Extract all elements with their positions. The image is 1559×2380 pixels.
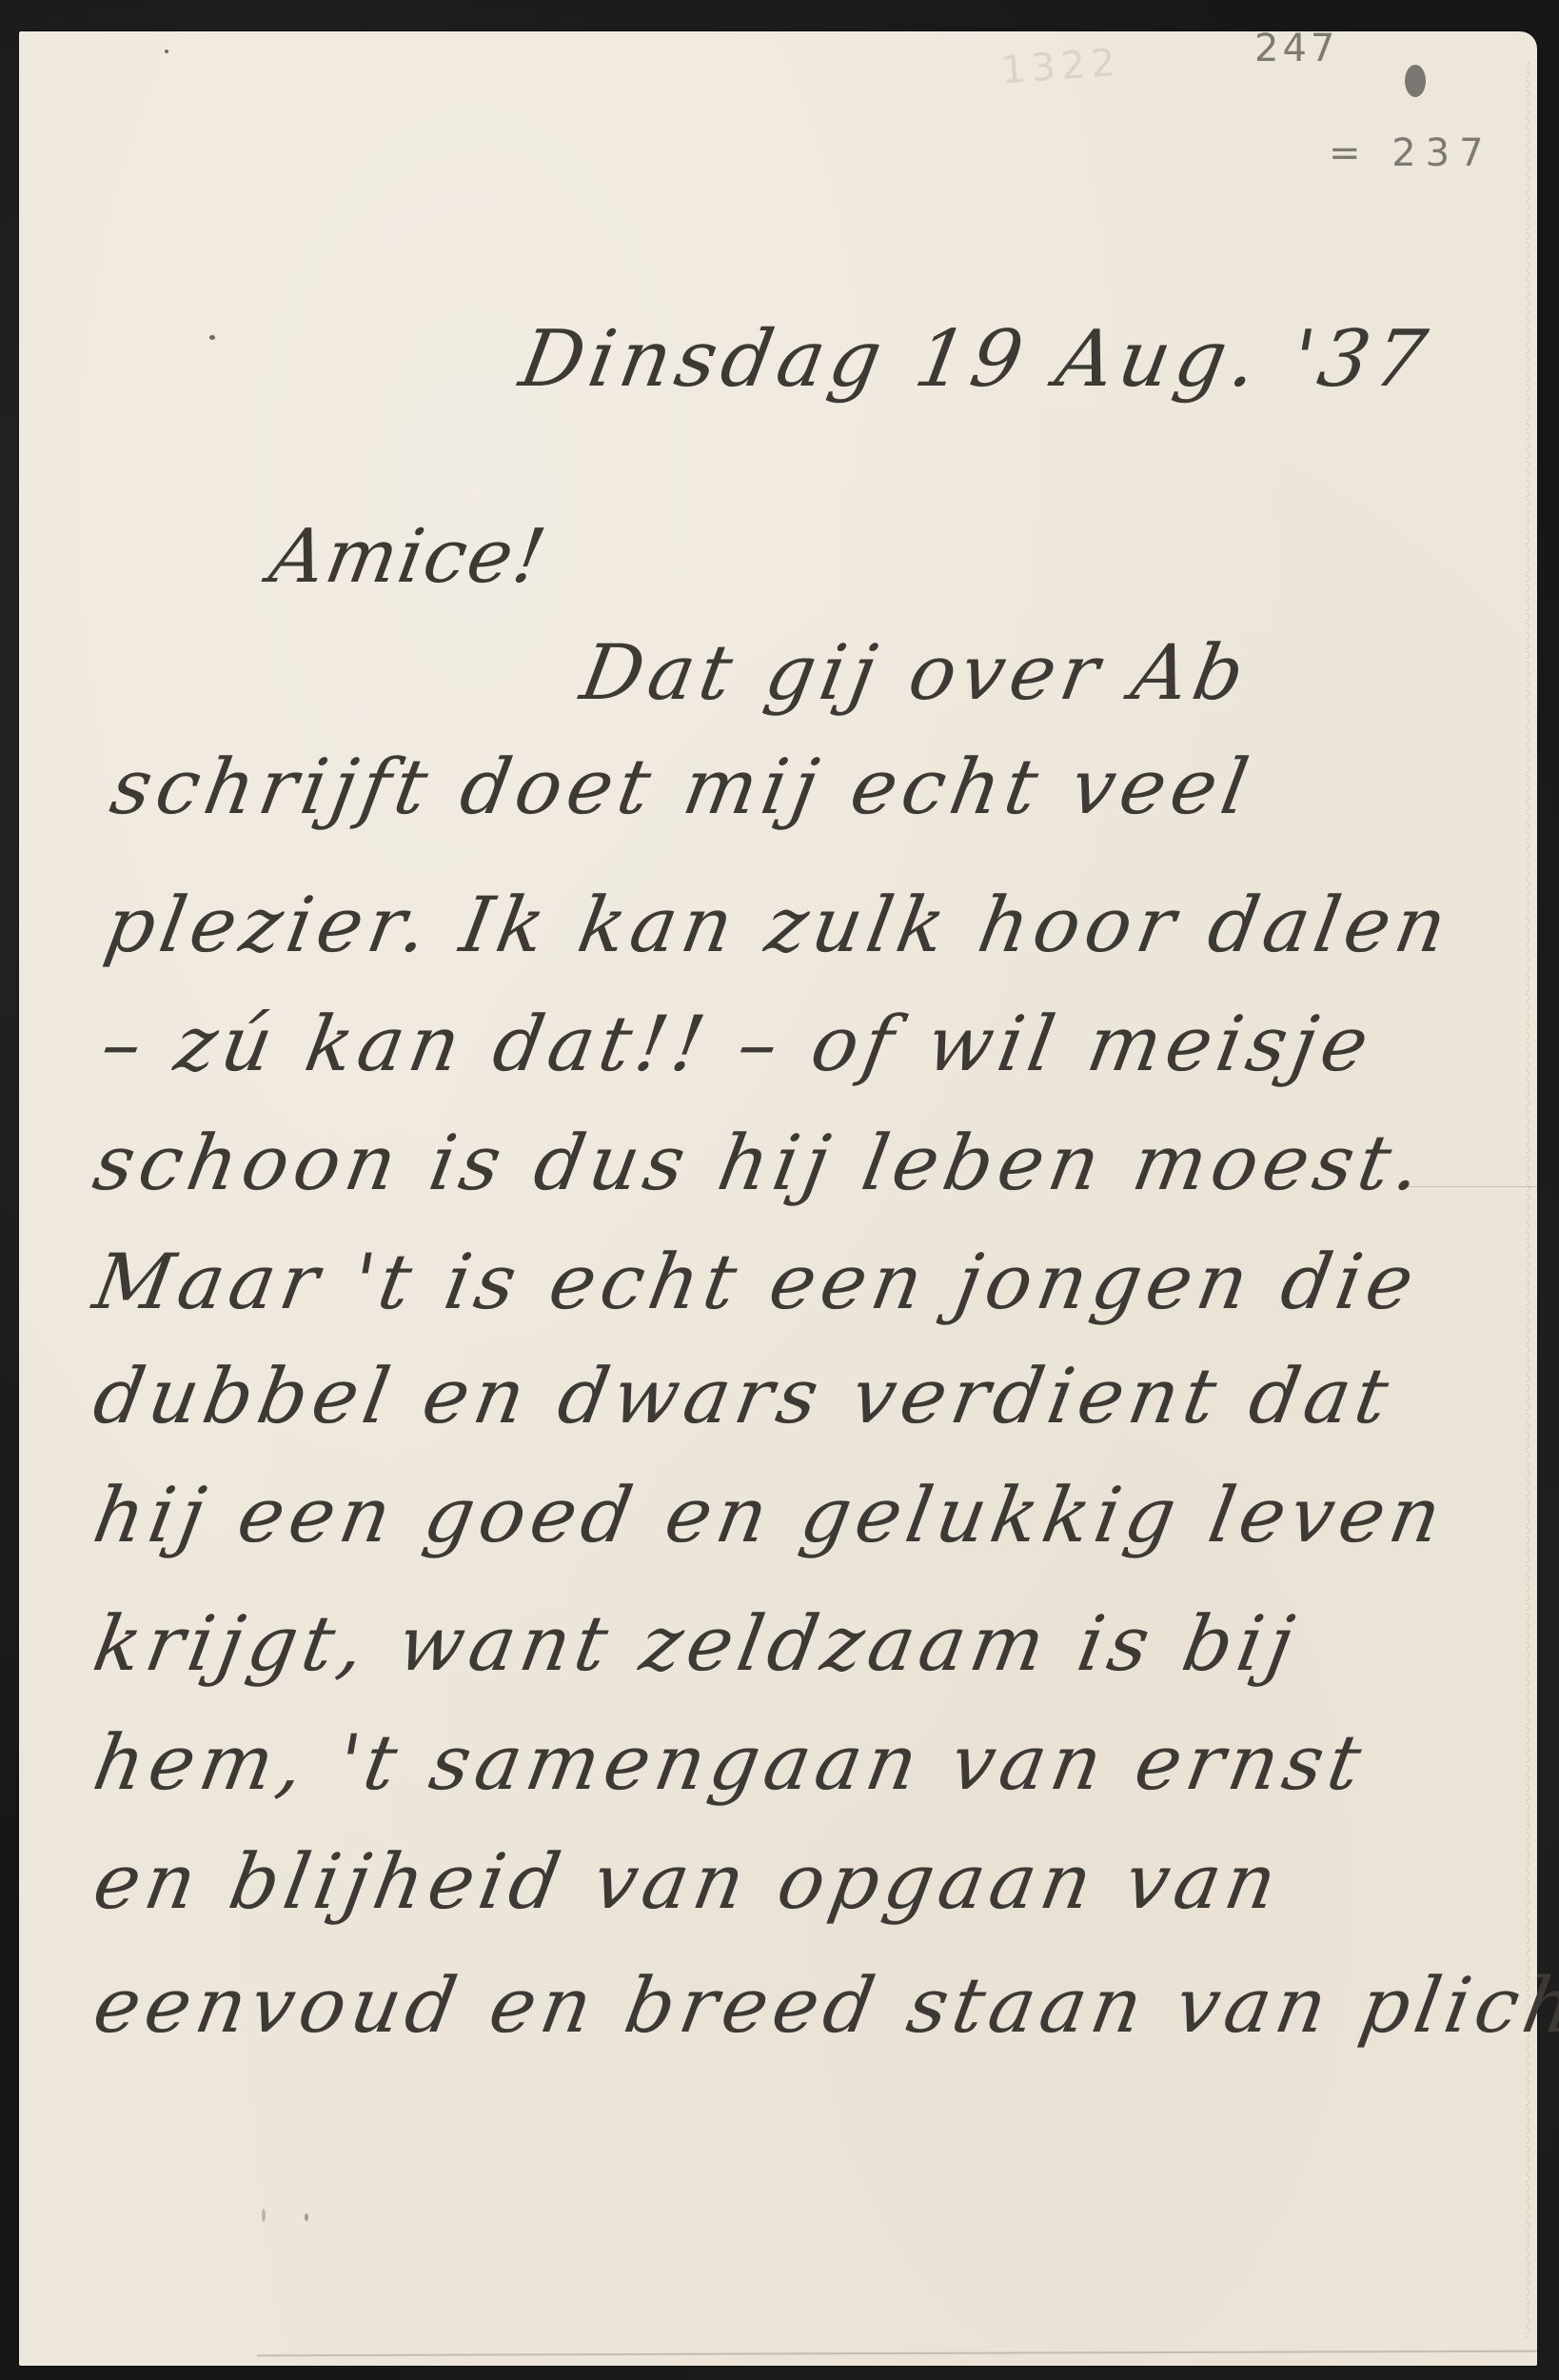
letter-date: Dinsdag 19 Aug. '37 [514, 314, 1439, 405]
letter-line: hem, 't samengaan van ernst [88, 1718, 1373, 1807]
letter-line: plezier. Ik kan zulk hoor dalen [99, 881, 1459, 969]
letter-greeting: Amice! [264, 514, 553, 600]
ink-blot [1405, 65, 1426, 97]
letter-line: eenvoud en breed staan van plicht [88, 1961, 1559, 2050]
letter-line: schrijft doet mij echt veel [105, 743, 1260, 831]
letter-line: – zú kan dat!! – of wil meisje [95, 1000, 1381, 1088]
letter-line: schoon is dus hij leben moest. [88, 1119, 1433, 1207]
letter-line: hij een goed en gelukkig leven [88, 1471, 1453, 1559]
letter-line: en blijheid van opgaan van [88, 1837, 1289, 1926]
paper-speck [262, 2209, 266, 2222]
letter-line: dubbel en dwars verdient dat [88, 1352, 1400, 1440]
faint-stamp-number: 1322 [1000, 41, 1123, 93]
bottom-fold-crease [257, 2350, 1537, 2357]
paper-speck [209, 335, 215, 340]
letter-line: Dat gij over Ab [575, 628, 1256, 717]
folio-equivalent: = 237 [1329, 131, 1493, 175]
paper-speck [165, 50, 168, 53]
letter-line: krijgt, want zeldzaam is bij [88, 1599, 1306, 1688]
letter-line: Maar 't is echt een jongen die [88, 1238, 1426, 1326]
folio-number: 247 [1254, 27, 1338, 70]
paper-speck [305, 2213, 308, 2221]
